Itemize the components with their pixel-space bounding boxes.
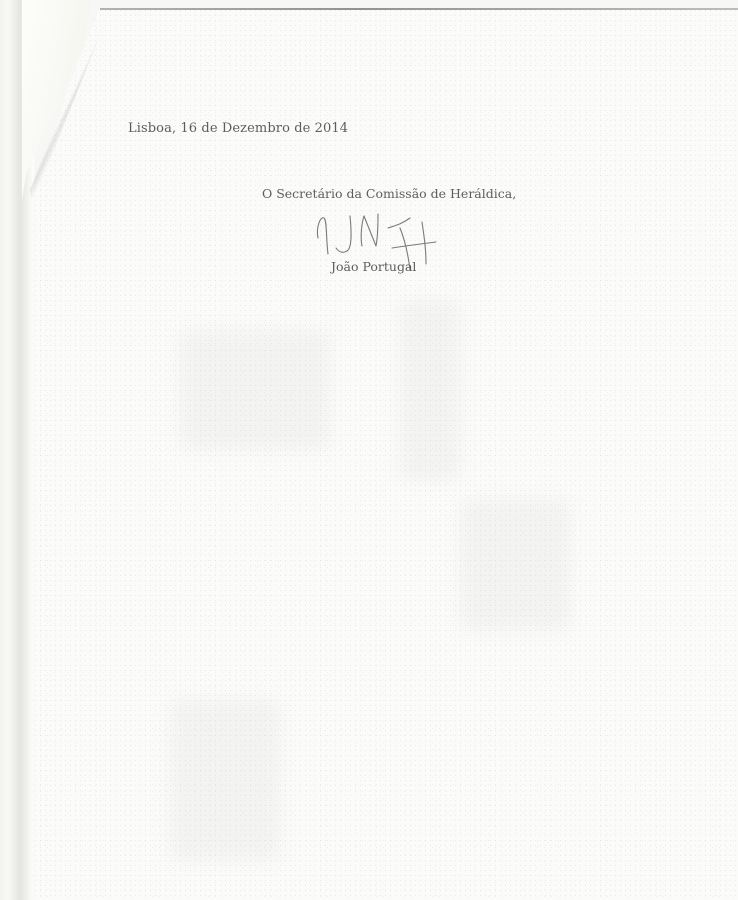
bleed-through-mark bbox=[180, 330, 330, 450]
scanned-document: Lisboa, 16 de Dezembro de 2014 O Secretá… bbox=[0, 0, 738, 900]
date-line: Lisboa, 16 de Dezembro de 2014 bbox=[128, 121, 348, 136]
bleed-through-mark bbox=[170, 700, 280, 860]
bleed-through-mark bbox=[460, 500, 570, 630]
document-page bbox=[28, 8, 738, 900]
signatory-role: O Secretário da Comissão de Heráldica, bbox=[262, 186, 516, 201]
bleed-through-mark bbox=[400, 300, 460, 480]
signatory-name: João Portugal bbox=[331, 259, 416, 274]
page-top-edge bbox=[100, 8, 738, 10]
